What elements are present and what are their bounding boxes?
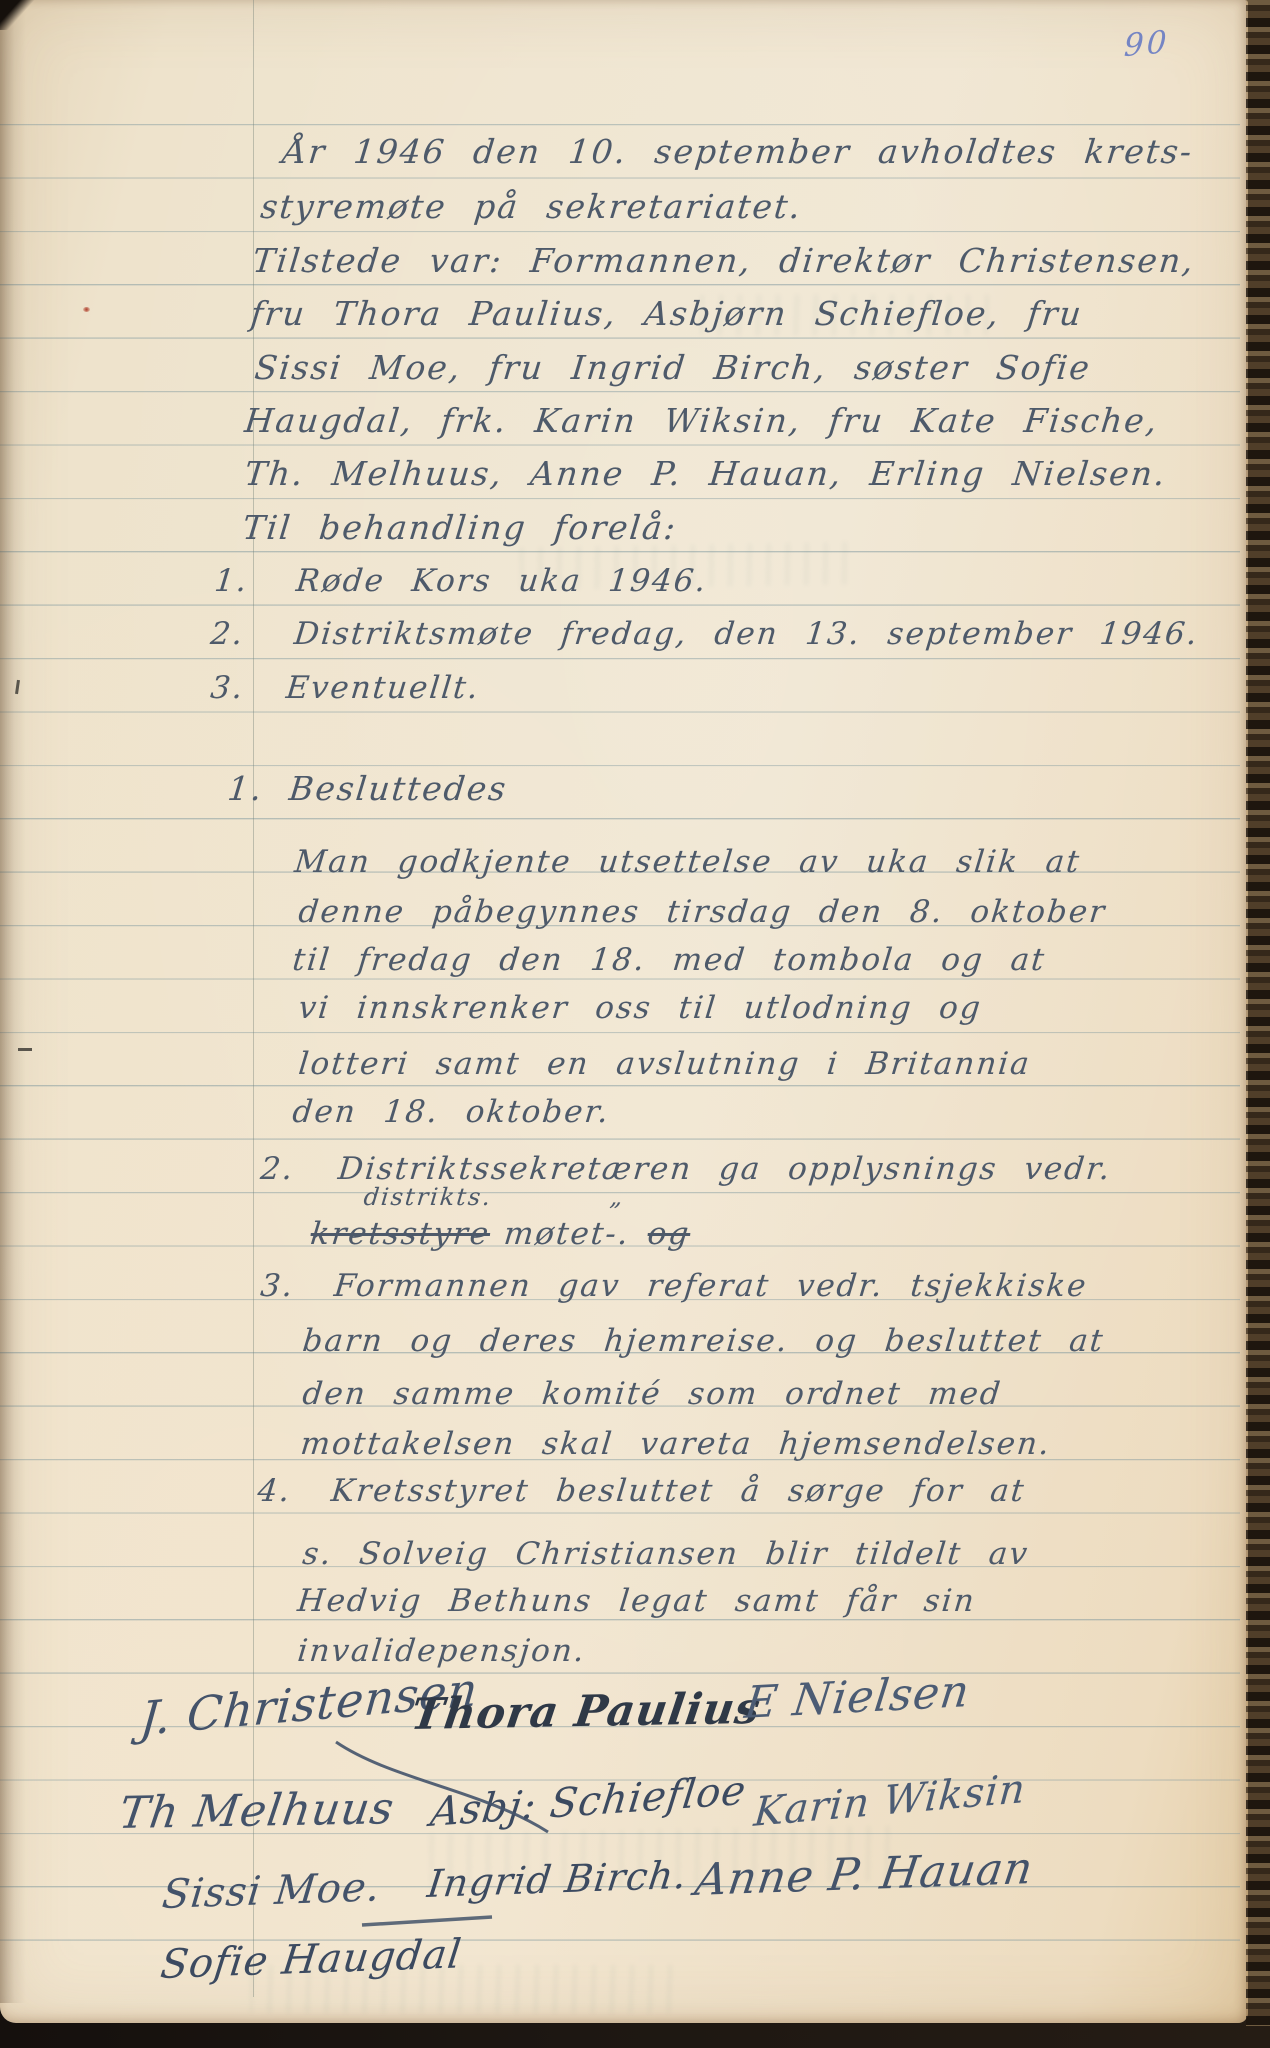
agenda-number: 2. [209,616,246,652]
margin-dash-mark [18,1048,32,1051]
minutes-heading-line: År 1946 den 10. september avholdtes kret… [280,126,1196,178]
scan-corner-shadow [0,0,40,30]
signature: Anne P. Hauan [692,1843,1037,1906]
resolution-line: 3.Formannen gav referat vedr. tsjekkiske [258,1260,1090,1312]
agenda-text: Røde Kors uka 1946. [294,563,709,599]
scanned-protocol-photo: 90 År 1946 den 10. september avholdtes k… [0,0,1270,2048]
minutes-heading-line: styremøte på sekretariatet. [258,181,805,233]
resolution-line: denne påbegynnes tirsdag den 8. oktober [296,886,1109,938]
kept-word: møtet-. [502,1216,631,1252]
minutes-heading-line: Tilstede var: Formannen, direktør Christ… [250,235,1198,287]
notebook-page: 90 År 1946 den 10. september avholdtes k… [0,0,1248,2023]
agenda-text: Distriktsmøte fredag, den 13. september … [292,616,1200,652]
signature: Ingrid Birch. [425,1853,690,1906]
resolution-heading: 1.Besluttedes [225,763,510,815]
minutes-heading-line: Til behandling forelå: [240,502,680,554]
resolution-text: Formannen gav referat vedr. tsjekkiske [332,1268,1089,1304]
ditto-mark: „ [609,1183,626,1211]
signature: Th Melhuus [116,1783,398,1839]
resolution-line: Man godkjente utsettelse av uka slik at [292,836,1083,888]
signature: E Nielsen [742,1666,973,1729]
correction-insert: distrikts. [362,1183,493,1211]
resolution-line: s. Solveig Christiansen blir tildelt av [300,1528,1032,1580]
resolution-line: Hedvig Bethuns legat samt får sin [295,1575,978,1627]
agenda-number: 1. [213,563,250,599]
minutes-heading-line: fru Thora Paulius, Asbjørn Schiefloe, fr… [248,288,1086,340]
minutes-heading-line: Sissi Moe, fru Ingrid Birch, søster Sofi… [252,342,1094,394]
resolution-number: 1. [226,769,266,808]
agenda-item: 1.Røde Kors uka 1946. [212,555,710,607]
resolution-line: den 18. oktober. [290,1086,613,1138]
resolution-text: Kretsstyret besluttet å sørge for at [329,1473,1027,1509]
page-number: 90 [1123,24,1170,64]
resolution-number: 3. [259,1268,296,1304]
agenda-item: 3.Eventuellt. [208,662,482,714]
resolution-heading-text: Besluttedes [287,769,509,808]
resolution-number: 2. [259,1151,296,1187]
agenda-number: 3. [209,670,246,706]
minutes-heading-line: Th. Melhuus, Anne P. Hauan, Erling Niels… [242,448,1169,500]
resolution-line: mottakelsen skal vareta hjemsendelsen. [298,1418,1054,1470]
resolution-line: 4.Kretsstyret besluttet å sørge for at [255,1465,1028,1517]
strikethrough-word: kretsstyre [309,1216,492,1252]
red-ink-dot [83,307,90,312]
signature: Sofie Haugdal [158,1931,464,1988]
resolution-line: lotteri samt en avslutning i Britannia [296,1038,1033,1090]
book-page-edges [1246,0,1270,2026]
agenda-item: 2.Distriktsmøte fredag, den 13. septembe… [208,608,1201,660]
resolution-number: 4. [256,1473,293,1509]
binding-gutter-shadow [0,0,26,2003]
resolution-line: til fredag den 18. med tombola og at [290,934,1048,986]
agenda-text: Eventuellt. [284,670,481,706]
resolution-line: den samme komité som ordnet med [300,1368,1005,1420]
signature: Karin Wiksin [752,1766,1028,1836]
minutes-heading-line: Haugdal, frk. Karin Wiksin, fru Kate Fis… [242,395,1161,447]
signature: Asbj: Schiefloe [428,1767,749,1836]
resolution-line: barn og deres hjemreise. og besluttet at [300,1315,1107,1367]
signature: Sissi Moe. [160,1864,383,1918]
corrected-line: kretsstyremøtet-.og [308,1208,693,1260]
strikethrough-word: og [646,1216,692,1252]
signature: Thora Paulius [408,1684,764,1740]
resolution-line: vi innskrenker oss til utlodning og [296,982,985,1034]
